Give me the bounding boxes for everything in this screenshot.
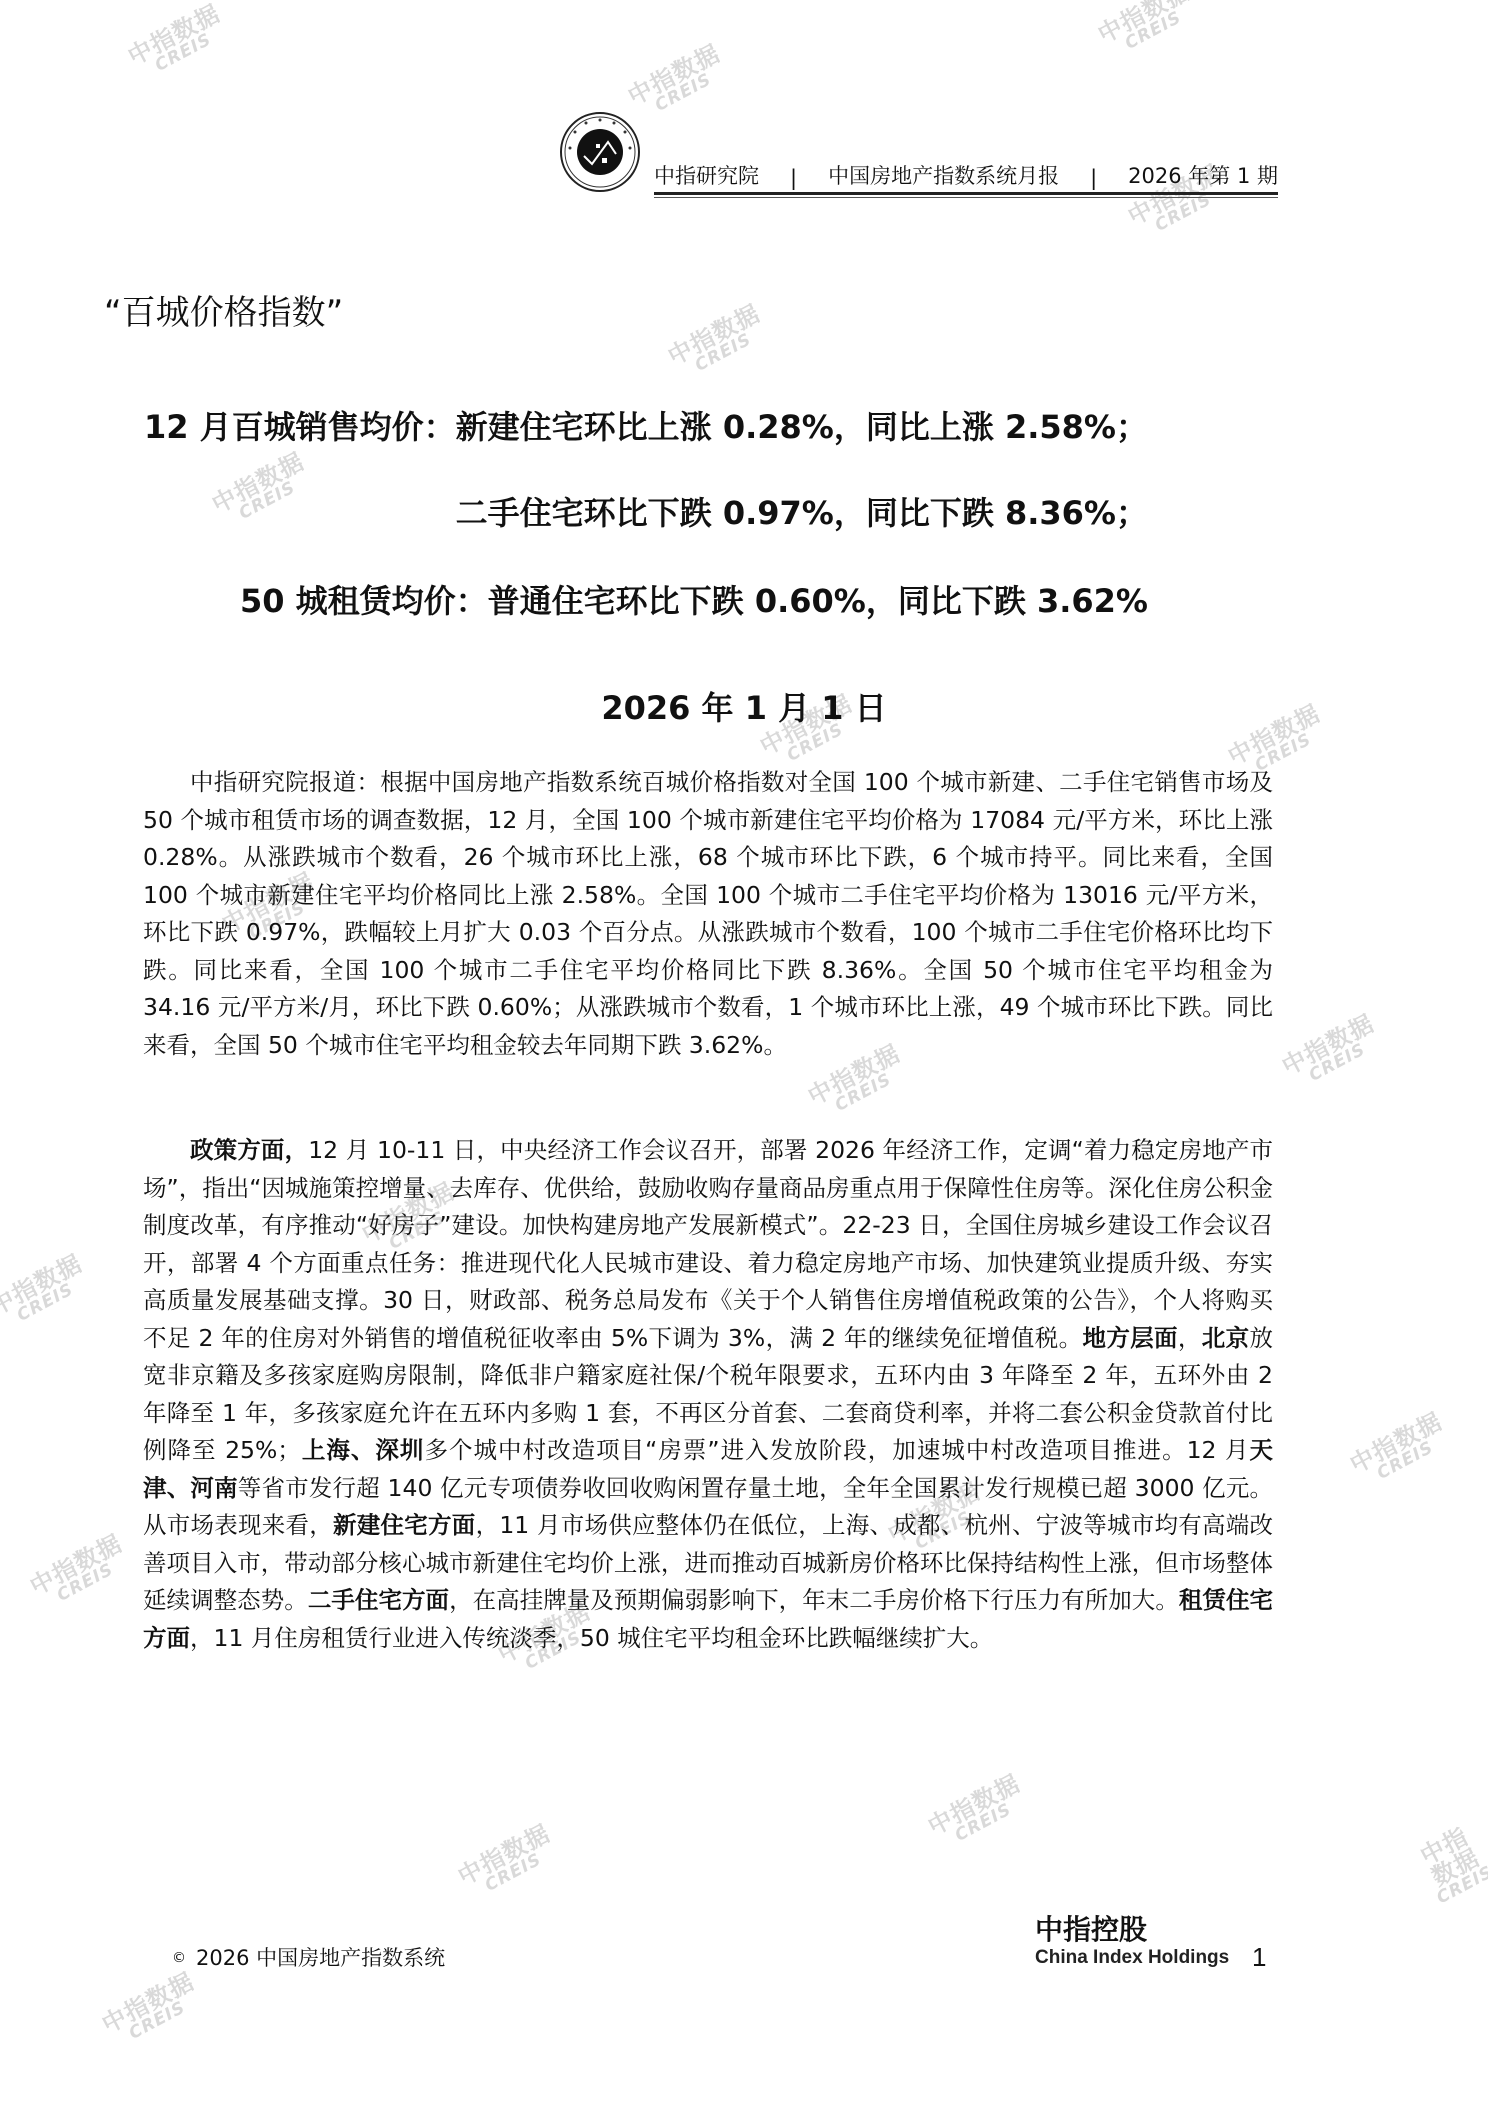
- watermark: 中指数据CREIS: [1094, 0, 1202, 62]
- header-rule-thick: [654, 192, 1278, 195]
- header-issue: 2026 年第 1 期: [1128, 160, 1278, 190]
- watermark: 中指数据CREIS: [0, 1251, 94, 1334]
- headline-line-1: 12 月百城销售均价：新建住宅环比上涨 0.28%，同比上涨 2.58%；: [0, 402, 1148, 448]
- header-publication: 中国房地产指数系统月报: [828, 160, 1059, 190]
- body-paragraph-policy: 政策方面，12 月 10-11 日，中央经济工作会议召开，部署 2026 年经济…: [143, 1132, 1273, 1657]
- paragraph-text: 中指研究院报道：根据中国房地产指数系统百城价格指数对全国 100 个城市新建、二…: [143, 764, 1273, 1064]
- header-separator: |: [1076, 166, 1111, 190]
- watermark: 中指数据CREIS: [1278, 1011, 1386, 1094]
- brand-en: China Index Holdings: [1035, 1946, 1229, 1970]
- headline-line-3: 50 城租赁均价：普通住宅环比下跌 0.60%，同比下跌 3.62%: [0, 576, 1148, 622]
- copyright-text: 2026 中国房地产指数系统: [196, 1946, 445, 1970]
- watermark: 中指数据CREIS: [98, 1969, 206, 2052]
- header-rule-thin: [654, 197, 1278, 198]
- policy-text: 12 月 10-11 日，中央经济工作会议召开，部署 2026 年经济工作，定调…: [143, 1136, 1273, 1352]
- policy-heading: 政策方面，: [190, 1136, 308, 1164]
- second-hand-heading: 二手住宅方面: [308, 1586, 449, 1614]
- city-shanghai-shenzhen: 上海、深圳: [301, 1436, 425, 1464]
- watermark: 中指数据CREIS: [454, 1821, 562, 1904]
- paragraph-text: 政策方面，12 月 10-11 日，中央经济工作会议召开，部署 2026 年经济…: [143, 1132, 1273, 1657]
- header-separator: |: [776, 166, 811, 190]
- header-org: 中指研究院: [654, 160, 759, 190]
- watermark: 中指数据CREIS: [1409, 1820, 1488, 1909]
- header-title-bar: 中指研究院 | 中国房地产指数系统月报 | 2026 年第 1 期: [654, 160, 1278, 190]
- page-header: 中指研究院 | 中国房地产指数系统月报 | 2026 年第 1 期: [560, 112, 1278, 194]
- watermark: 中指数据CREIS: [664, 301, 772, 384]
- academy-seal-logo: [560, 112, 640, 192]
- brand-cn: 中指控股: [1035, 1914, 1229, 1946]
- rental-text: ，11 月住房租赁行业进入传统淡季，50 城住宅平均租金环比跌幅继续扩大。: [190, 1624, 993, 1652]
- watermark: 中指数据CREIS: [26, 1531, 134, 1614]
- headline-line-2: 二手住宅环比下跌 0.97%，同比下跌 8.36%；: [0, 488, 1148, 534]
- footer-copyright: ©2026 中国房地产指数系统: [172, 1942, 445, 1972]
- city-beijing: 北京: [1202, 1324, 1250, 1352]
- document-page: 中指数据CREIS 中指数据CREIS 中指数据CREIS 中指数据CREIS …: [0, 0, 1488, 2104]
- watermark: 中指数据CREIS: [124, 1, 232, 84]
- report-date: 2026 年 1 月 1 日: [0, 683, 1488, 729]
- section-label: “百城价格指数”: [104, 285, 343, 334]
- local-text-urban-village: 多个城中村改造项目“房票”进入发放阶段，加速城中村改造项目推进。12 月: [424, 1436, 1249, 1464]
- seal-icon: [562, 114, 638, 190]
- watermark: 中指数据CREIS: [1346, 1409, 1454, 1492]
- punct: ，: [1178, 1324, 1202, 1352]
- local-heading: 地方层面: [1082, 1324, 1177, 1352]
- second-hand-text: ，在高挂牌量及预期偏弱影响下，年末二手房价格下行压力有所加大。: [449, 1586, 1179, 1614]
- watermark: 中指数据CREIS: [924, 1771, 1032, 1854]
- body-paragraph-summary: 中指研究院报道：根据中国房地产指数系统百城价格指数对全国 100 个城市新建、二…: [143, 764, 1273, 1064]
- new-housing-heading: 新建住宅方面: [333, 1511, 476, 1539]
- footer-brand-logo: 中指控股 China Index Holdings: [1035, 1914, 1229, 1970]
- page-number: 1: [1252, 1942, 1266, 1973]
- copyright-icon: ©: [172, 1950, 186, 1966]
